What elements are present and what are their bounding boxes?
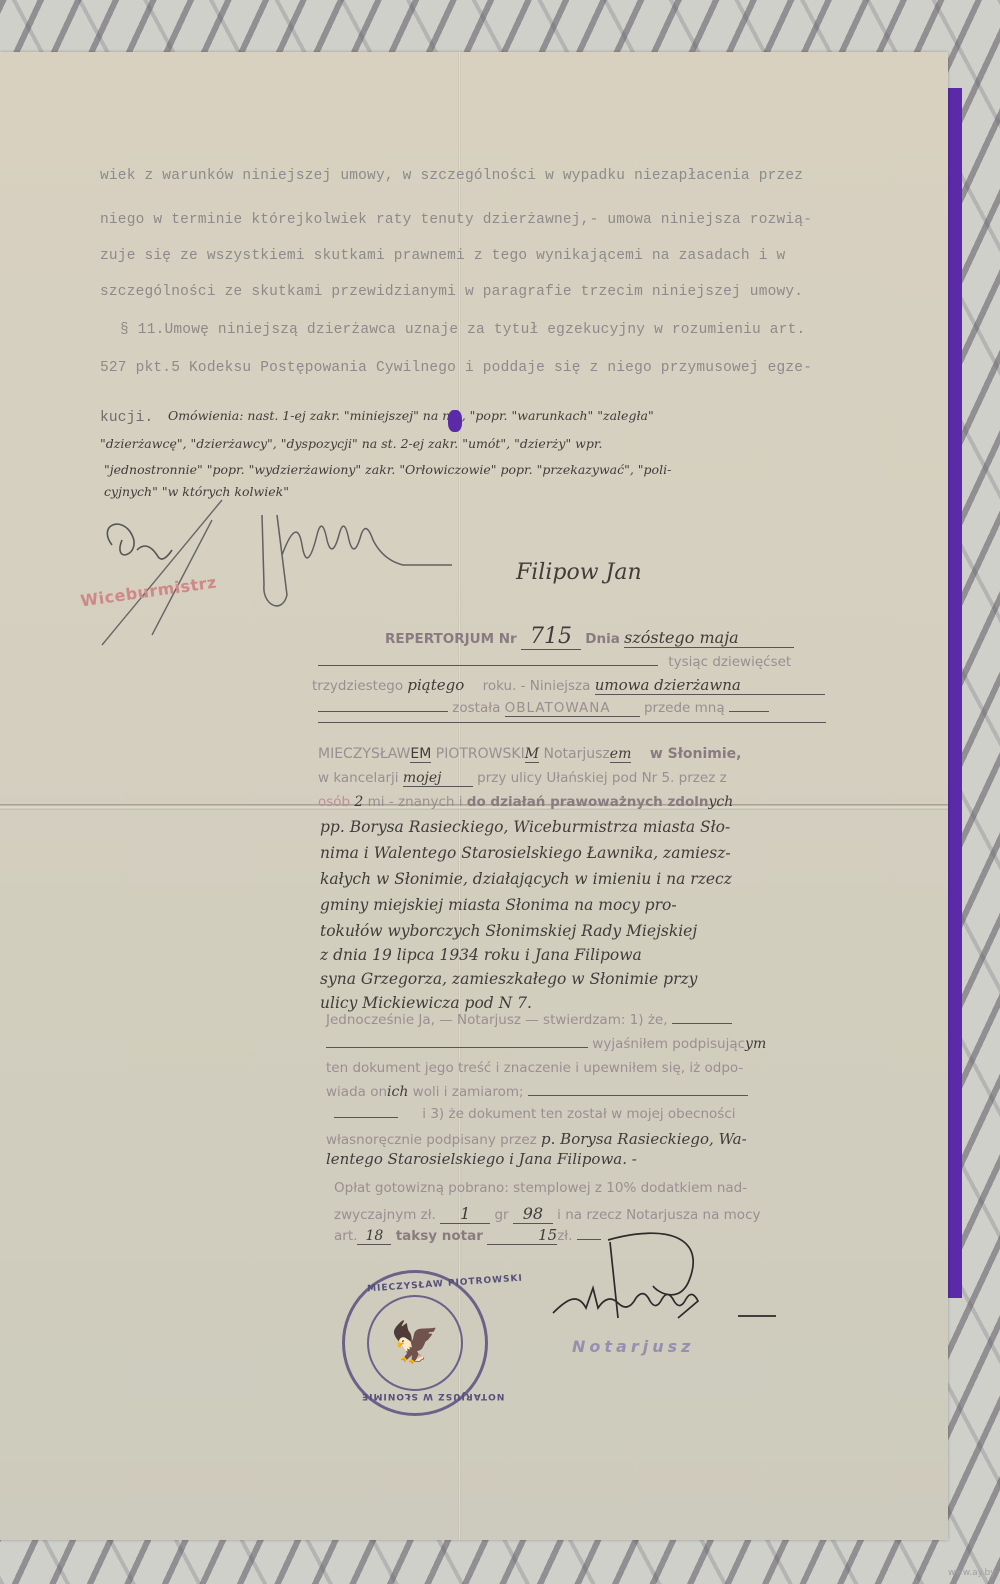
notarjusz-label: Notarjusz	[544, 746, 610, 762]
osob-label: osób	[318, 794, 350, 810]
wyjasnilem-text: wyjaśniłem podpisując	[592, 1036, 745, 1052]
oblatowana-label: OBLATOWANA	[505, 700, 640, 717]
art-label: art.	[334, 1228, 357, 1244]
item3-line: i 3) że dokument ten został w mojej obec…	[334, 1106, 736, 1122]
zostala-label: została	[452, 700, 500, 716]
parties-handwritten: ulicy Mickiewicza pod N 7.	[320, 994, 532, 1012]
handwritten-annotation: "jednostronnie" "popr. "wydzierżawiony" …	[104, 462, 671, 477]
parties-handwritten: nima i Walentego Starosielskiego Ławnika…	[320, 844, 731, 862]
parties-handwritten: z dnia 19 lipca 1934 roku i Jana Filipow…	[320, 946, 642, 964]
street-label: przy ulicy Ułańskiej pod Nr 5. przez z	[477, 770, 727, 786]
kancelarja-line: w kancelarji mojej przy ulicy Ułańskiej …	[318, 770, 727, 787]
year-handwritten: piątego	[407, 676, 464, 694]
year-printed-2: trzydziestego	[312, 678, 403, 694]
podpisany-text: własnoręcznie podpisany przez	[326, 1132, 537, 1148]
signers-handwritten: lentego Starosielskiego i Jana Filipowa.…	[326, 1150, 637, 1168]
parties-handwritten: kałych w Słonimie, działających w imieni…	[320, 870, 732, 888]
year-line-1: tysiąc dziewięćset	[318, 654, 791, 670]
art-number: 18	[357, 1228, 391, 1245]
polish-eagle-icon: 🦅	[369, 1319, 461, 1366]
repertorjum-line: REPERTORJUM Nr 715 Dnia szóstego maja	[385, 624, 794, 650]
roku-label: roku. - Niniejsza	[483, 678, 591, 694]
notarjusz-stamp: Notarjusz	[572, 1337, 694, 1356]
typed-line: wiek z warunków niniejszej umowy, w szcz…	[100, 168, 803, 184]
watermark: www.ay.by	[948, 1568, 996, 1578]
oblatowana-line: została OBLATOWANA przede mną	[318, 700, 769, 717]
parties-handwritten: pp. Borysa Rasieckiego, Wiceburmistrza m…	[320, 818, 730, 836]
tresc-line: ten dokument jego treść i znaczenie i up…	[326, 1060, 743, 1076]
notary-first-name-suffix: EM	[410, 746, 431, 763]
notary-name-line: MIECZYSŁAWEM PIOTROWSKIM Notarjuszem w S…	[318, 746, 741, 763]
notary-surname: PIOTROWSKI	[436, 746, 525, 762]
typed-line: niego w terminie którejkolwiek raty tenu…	[100, 212, 812, 228]
day-handwritten: szóstego maja	[624, 628, 794, 648]
oplat-rzecz: i na rzecz Notarjusza na mocy	[557, 1207, 760, 1223]
seal-inner-ring: 🦅	[367, 1295, 463, 1391]
osob-count: 2	[354, 794, 363, 810]
typed-line: zuje się ze wszystkiemi skutkami prawnem…	[100, 248, 785, 264]
osob-line: osób 2 mi - znanych i do działań prawowa…	[318, 794, 733, 810]
oplat-line-2: zwyczajnym zł. 1 gr 98 i na rzecz Notarj…	[334, 1204, 760, 1224]
item3-text: i 3) że dokument ten został w mojej obec…	[422, 1106, 735, 1122]
parties-handwritten: tokułów wyborczych Słonimskiej Rady Miej…	[320, 922, 697, 940]
seal-bottom-text: NOTARJUSZ W SŁONIMIE	[361, 1391, 504, 1401]
document-type-handwritten: umowa dzierżawna	[595, 676, 825, 695]
year-printed-1: tysiąc dziewięćset	[668, 654, 791, 670]
jednoczesnie-line: Jednocześnie Ja, — Notarjusz — stwierdza…	[326, 1012, 732, 1028]
gr-amount: 98	[513, 1204, 553, 1224]
taksy-amount: 15	[487, 1226, 557, 1245]
notary-seal: 🦅 MIECZYSŁAW PIOTROWSKI NOTARJUSZ W SŁON…	[342, 1270, 488, 1416]
dnia-label: Dnia	[585, 631, 620, 647]
notarjusz-suffix: em	[610, 746, 632, 763]
wola-line: wiada onich woli i zamiarom;	[326, 1084, 748, 1100]
kancelarja-handwritten: mojej	[403, 770, 473, 787]
taksy-label: taksy notar	[396, 1228, 483, 1244]
gr-label: gr	[494, 1207, 508, 1223]
notary-surname-suffix: M	[525, 746, 539, 763]
mi-znanych: mi - znanych i	[368, 794, 463, 810]
typed-line-paragraph-11: § 11.Umowę niniejszą dzierżawca uznaje z…	[120, 322, 805, 338]
parties-handwritten: gminy miejskiej miasta Słonima na mocy p…	[320, 896, 677, 914]
repertorjum-number: 715	[521, 624, 581, 650]
dzialan-suffix: ych	[708, 794, 733, 810]
signature-filipow: Filipow Jan	[516, 560, 642, 585]
typed-line: szczególności ze skutkami przewidzianymi…	[100, 284, 803, 300]
wlada-suffix: ich	[387, 1084, 408, 1100]
zl-amount: 1	[440, 1204, 490, 1224]
typed-line: kucji.	[100, 410, 153, 426]
wola-text: woli i zamiarom;	[413, 1084, 524, 1100]
repertorjum-label: REPERTORJUM Nr	[385, 631, 517, 647]
podpisany-line: własnoręcznie podpisany przez p. Borysa …	[326, 1130, 747, 1148]
separator-line	[318, 722, 826, 723]
city-label: w Słonimie,	[650, 746, 742, 762]
wyjasnilem-line: wyjaśniłem podpisującym	[326, 1036, 766, 1052]
year-line-2: trzydziestego piątego roku. - Niniejsza …	[312, 676, 825, 695]
dzialan-label: do działań prawoważnych zdoln	[467, 794, 709, 810]
oplat-zwyczajnym: zwyczajnym zł.	[334, 1207, 436, 1223]
handwritten-annotation: "dzierżawcę", "dzierżawcy", "dyspozycji"…	[100, 436, 602, 451]
wyjasnilem-suffix: ym	[745, 1036, 766, 1052]
wlada-text: wiada on	[326, 1084, 387, 1100]
parties-handwritten: syna Grzegorza, zamieszkałego w Słonimie…	[320, 970, 697, 988]
signature-notary	[548, 1228, 788, 1338]
przede-mna-label: przede mną	[644, 700, 725, 716]
oplat-line-1: Opłat gotowizną pobrano: stemplowej z 10…	[334, 1180, 747, 1196]
kancelarja-label: w kancelarji	[318, 770, 399, 786]
handwritten-annotation: Omówienia: nast. 1-ej zakr. "miniejszej"…	[168, 408, 654, 423]
jednoczesnie-text: Jednocześnie Ja, — Notarjusz — stwierdza…	[326, 1012, 668, 1028]
ink-blot	[448, 410, 462, 432]
notary-first-name: MIECZYSŁAW	[318, 746, 410, 762]
typed-line: 527 pkt.5 Kodeksu Postępowania Cywilnego…	[100, 360, 812, 376]
signers-handwritten: p. Borysa Rasieckiego, Wa-	[541, 1130, 747, 1148]
